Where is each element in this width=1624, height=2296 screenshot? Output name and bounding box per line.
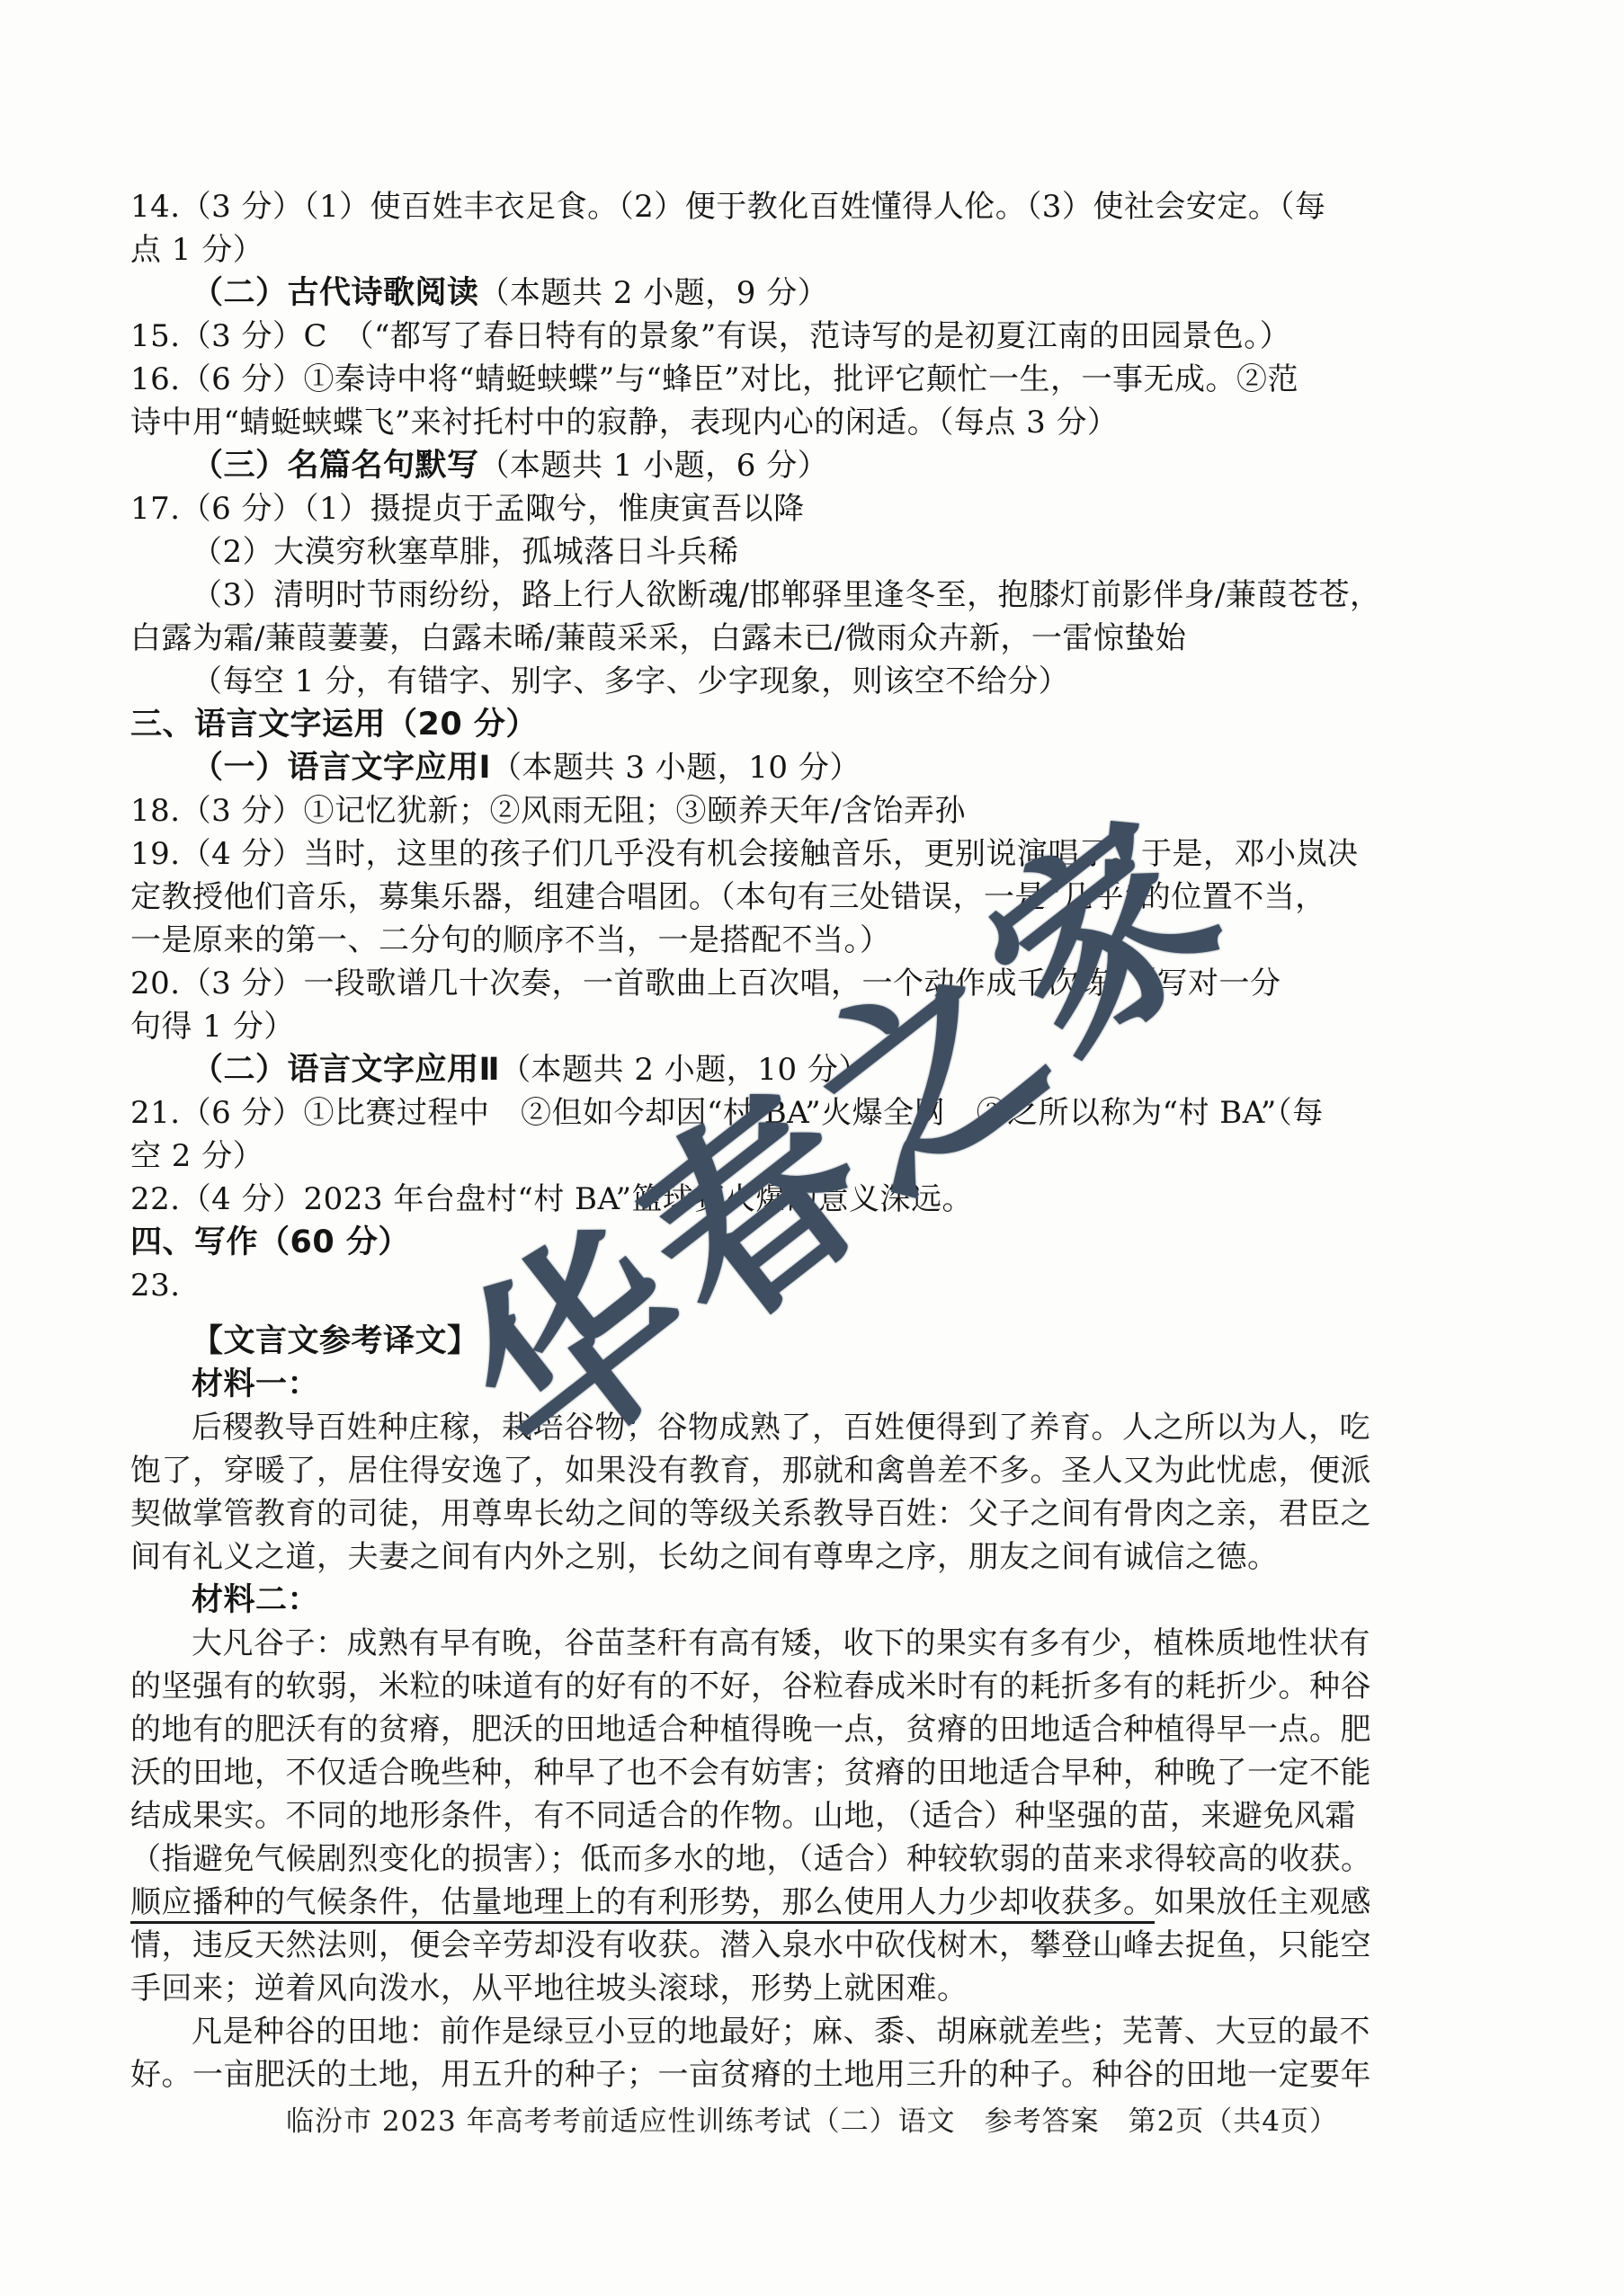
section-heading-language-use: 三、语言文字运用（20 分） bbox=[130, 703, 1497, 746]
scanned-answer-page: 14.（3 分）（1）使百姓丰衣足食。（2）便于教化百姓懂得人伦。（3）使社会安… bbox=[0, 0, 1624, 2296]
translation-paragraph-line: 后稷教导百姓种庄稼，栽培谷物；谷物成熟了，百姓便得到了养育。人之所以为人，吃 bbox=[130, 1406, 1497, 1449]
section-heading-text: 四、写作（60 分） bbox=[130, 1224, 410, 1260]
translation-text: 的地有的肥沃有的贫瘠，肥沃的田地适合种植得晚一点，贫瘠的田地适合种植得早一点。肥 bbox=[130, 1712, 1371, 1748]
translation-text: 后稷教导百姓种庄稼，栽培谷物；谷物成熟了，百姓便得到了养育。人之所以为人，吃 bbox=[192, 1410, 1370, 1446]
answer-text: 14.（3 分）（1）使百姓丰衣足食。（2）便于教化百姓懂得人伦。（3）使社会安… bbox=[130, 189, 1325, 225]
translation-text: 结成果实。不同的地形条件，有不同适合的作物。山地，（适合）种坚强的苗，来避免风霜 bbox=[130, 1798, 1356, 1834]
material-heading-text: 材料一： bbox=[192, 1366, 319, 1402]
translation-paragraph-line: （指避免气候剧烈变化的损害）；低而多水的地，（适合）种较软弱的苗来求得较高的收获… bbox=[130, 1838, 1497, 1881]
answer-line-16: 16.（6 分）①秦诗中将“蜻蜓蛱蝶”与“蜂臣”对比，批评它颠忙一生，一事无成。… bbox=[130, 358, 1497, 401]
answer-text: 16.（6 分）①秦诗中将“蜻蜓蛱蝶”与“蜂臣”对比，批评它颠忙一生，一事无成。… bbox=[130, 361, 1298, 397]
answer-line-17-note: （每空 1 分，有错字、别字、多字、少字现象，则该空不给分） bbox=[130, 660, 1497, 703]
translation-paragraph-line: 契做掌管教育的司徒，用尊卑长幼之间的等级关系教导百姓：父子之间有骨肉之亲，君臣之 bbox=[130, 1492, 1497, 1535]
answer-text: 一是原来的第一、二分句的顺序不当，一是搭配不当。） bbox=[130, 922, 891, 958]
answer-text: 18.（3 分）①记忆犹新；②风雨无阻；③颐养天年/含饴弄孙 bbox=[130, 793, 966, 829]
material-heading-text: 材料二： bbox=[192, 1582, 319, 1618]
translation-paragraph-line: 情，违反天然法则，便会辛劳却没有收获。潜入泉水中砍伐树木，攀登山峰去捉鱼，只能空 bbox=[130, 1924, 1497, 1967]
section-heading-text: 三、语言文字运用（20 分） bbox=[130, 707, 538, 743]
answer-line-19-cont: 定教授他们音乐，募集乐器，组建合唱团。（本句有三处错误，一是“几乎”的位置不当， bbox=[130, 876, 1497, 919]
translation-text: 契做掌管教育的司徒，用尊卑长幼之间的等级关系教导百姓：父子之间有骨肉之亲，君臣之 bbox=[130, 1496, 1371, 1532]
translation-paragraph-line: 凡是种谷的田地：前作是绿豆小豆的地最好；麻、黍、胡麻就差些；芜菁、大豆的最不 bbox=[130, 2010, 1497, 2053]
section-heading-text: （三）名篇名句默写 bbox=[192, 448, 479, 484]
section-heading-dictation: （三）名篇名句默写（本题共 1 小题，6 分） bbox=[130, 444, 1497, 487]
answer-line-14-cont: 点 1 分） bbox=[130, 228, 1497, 271]
translation-text: 情，违反天然法则，便会辛劳却没有收获。潜入泉水中砍伐树木，攀登山峰去捉鱼，只能空 bbox=[130, 1927, 1371, 1963]
translation-paragraph-line: 的地有的肥沃有的贫瘠，肥沃的田地适合种植得晚一点，贫瘠的田地适合种植得早一点。肥 bbox=[130, 1708, 1497, 1751]
answer-text: 15.（3 分）C （“都写了春日特有的景象”有误，范诗写的是初夏江南的田园景色… bbox=[130, 318, 1290, 354]
translation-text: 好。一亩肥沃的土地，用五升的种子；一亩贫瘠的土地用三升的种子。种谷的田地一定要年 bbox=[130, 2057, 1371, 2093]
answer-line-17-3-cont: 白露为霜/蒹葭萋萋，白露未晞/蒹葭采采，白露未已/微雨众卉新，一雷惊蛰始 bbox=[130, 617, 1497, 660]
section-heading-text: （二）语言文字应用Ⅱ bbox=[192, 1052, 500, 1088]
translation-paragraph-line: 结成果实。不同的地形条件，有不同适合的作物。山地，（适合）种坚强的苗，来避免风霜 bbox=[130, 1794, 1497, 1838]
translation-paragraph-line: 好。一亩肥沃的土地，用五升的种子；一亩贫瘠的土地用三升的种子。种谷的田地一定要年 bbox=[130, 2053, 1497, 2096]
answer-line-17: 17.（6 分）（1）摄提贞于孟陬兮，惟庚寅吾以降 bbox=[130, 487, 1497, 530]
translation-paragraph-line: 饱了，穿暖了，居住得安逸了，如果没有教育，那就和禽兽差不多。圣人又为此忧虑，便派 bbox=[130, 1449, 1497, 1492]
page-footer: 临汾市 2023 年高考考前适应性训练考试（二）语文 参考答案 第2页（共4页） bbox=[0, 2100, 1624, 2143]
translation-text: 的坚强有的软弱，米粒的味道有的好有的不好，谷粒舂成米时有的耗折多有的耗折少。种谷 bbox=[130, 1669, 1371, 1704]
answer-line-18: 18.（3 分）①记忆犹新；②风雨无阻；③颐养天年/含饴弄孙 bbox=[130, 789, 1497, 832]
answer-text: （每空 1 分，有错字、别字、多字、少字现象，则该空不给分） bbox=[192, 663, 1069, 699]
material-1-heading: 材料一： bbox=[130, 1363, 1497, 1406]
answer-line-15: 15.（3 分）C （“都写了春日特有的景象”有误，范诗写的是初夏江南的田园景色… bbox=[130, 315, 1497, 358]
answer-text: 23. bbox=[130, 1268, 181, 1304]
section-heading-poetry-reading: （二）古代诗歌阅读（本题共 2 小题，9 分） bbox=[130, 271, 1497, 315]
answer-text: 17.（6 分）（1）摄提贞于孟陬兮，惟庚寅吾以降 bbox=[130, 491, 805, 527]
translation-paragraph-line: 沃的田地，不仅适合晚些种，种早了也不会有妨害；贫瘠的田地适合早种，种晚了一定不能 bbox=[130, 1751, 1497, 1794]
translation-text: （指避免气候剧烈变化的损害）；低而多水的地，（适合）种较软弱的苗来求得较高的收获… bbox=[130, 1841, 1372, 1877]
answer-line-14: 14.（3 分）（1）使百姓丰衣足食。（2）便于教化百姓懂得人伦。（3）使社会安… bbox=[130, 185, 1497, 228]
translation-paragraph-line: 大凡谷子：成熟有早有晚，谷苗茎秆有高有矮，收下的果实有多有少，植株质地性状有 bbox=[130, 1622, 1497, 1665]
translation-paragraph-line: 间有礼义之道，夫妻之间有内外之别，长幼之间有尊卑之序，朋友之间有诚信之德。 bbox=[130, 1535, 1497, 1579]
translation-underlined-line: 顺应播种的气候条件，估量地理上的有利形势，那么使用人力少却收获多。如果放任主观感 bbox=[130, 1881, 1497, 1924]
translation-text: 饱了，穿暖了，居住得安逸了，如果没有教育，那就和禽兽差不多。圣人又为此忧虑，便派 bbox=[130, 1453, 1371, 1489]
answer-text: （3）清明时节雨纷纷，路上行人欲断魂/邯郸驿里逢冬至，抱膝灯前影伴身/蒹葭苍苍， bbox=[192, 577, 1381, 613]
translation-text: 大凡谷子：成熟有早有晚，谷苗茎秆有高有矮，收下的果实有多有少，植株质地性状有 bbox=[192, 1625, 1370, 1661]
translation-text: 如果放任主观感 bbox=[1155, 1884, 1372, 1920]
section-heading-language-use-1: （一）语言文字应用Ⅰ（本题共 3 小题，10 分） bbox=[130, 746, 1497, 789]
section-heading-text: （一）语言文字应用Ⅰ bbox=[192, 750, 491, 786]
answer-text: 句得 1 分） bbox=[130, 1009, 295, 1045]
material-2-heading: 材料二： bbox=[130, 1579, 1497, 1622]
answer-text: 诗中用“蜻蜓蛱蝶飞”来衬托村中的寂静，表现内心的闲适。（每点 3 分） bbox=[130, 405, 1119, 441]
section-heading-text: （二）古代诗歌阅读 bbox=[192, 275, 479, 311]
answer-text: 白露为霜/蒹葭萋萋，白露未晞/蒹葭采采，白露未已/微雨众卉新，一雷惊蛰始 bbox=[130, 620, 1186, 656]
underlined-translation-text: 顺应播种的气候条件，估量地理上的有利形势，那么使用人力少却收获多。 bbox=[130, 1884, 1155, 1924]
page-footer-text: 临汾市 2023 年高考考前适应性训练考试（二）语文 参考答案 第2页（共4页） bbox=[286, 2105, 1338, 2138]
section-heading-note: （本题共 2 小题，9 分） bbox=[479, 275, 829, 311]
translation-text: 间有礼义之道，夫妻之间有内外之别，长幼之间有尊卑之序，朋友之间有诚信之德。 bbox=[130, 1539, 1279, 1575]
answer-line-16-cont: 诗中用“蜻蜓蛱蝶飞”来衬托村中的寂静，表现内心的闲适。（每点 3 分） bbox=[130, 401, 1497, 444]
answer-text: （2）大漠穷秋塞草腓，孤城落日斗兵稀 bbox=[192, 534, 739, 570]
answer-text: 点 1 分） bbox=[130, 232, 263, 268]
answer-line-17-2: （2）大漠穷秋塞草腓，孤城落日斗兵稀 bbox=[130, 530, 1497, 574]
section-heading-note: （本题共 3 小题，10 分） bbox=[491, 750, 861, 786]
answer-line-19: 19.（4 分）当时，这里的孩子们几乎没有机会接触音乐，更别说演唱了。于是，邓小… bbox=[130, 832, 1497, 876]
translation-text: 凡是种谷的田地：前作是绿豆小豆的地最好；麻、黍、胡麻就差些；芜菁、大豆的最不 bbox=[192, 2014, 1370, 2050]
translation-text: 沃的田地，不仅适合晚些种，种早了也不会有妨害；贫瘠的田地适合早种，种晚了一定不能 bbox=[130, 1755, 1371, 1791]
translation-paragraph-line: 手回来；逆着风向泼水，从平地往坡头滚球，形势上就困难。 bbox=[130, 1967, 1497, 2010]
section-heading-note: （本题共 1 小题，6 分） bbox=[479, 448, 829, 484]
answer-text: 空 2 分） bbox=[130, 1138, 263, 1174]
answer-line-17-3: （3）清明时节雨纷纷，路上行人欲断魂/邯郸驿里逢冬至，抱膝灯前影伴身/蒹葭苍苍， bbox=[130, 574, 1497, 617]
translation-text: 手回来；逆着风向泼水，从平地往坡头滚球，形势上就困难。 bbox=[130, 1971, 968, 2007]
translation-paragraph-line: 的坚强有的软弱，米粒的味道有的好有的不好，谷粒舂成米时有的耗折多有的耗折少。种谷 bbox=[130, 1665, 1497, 1708]
